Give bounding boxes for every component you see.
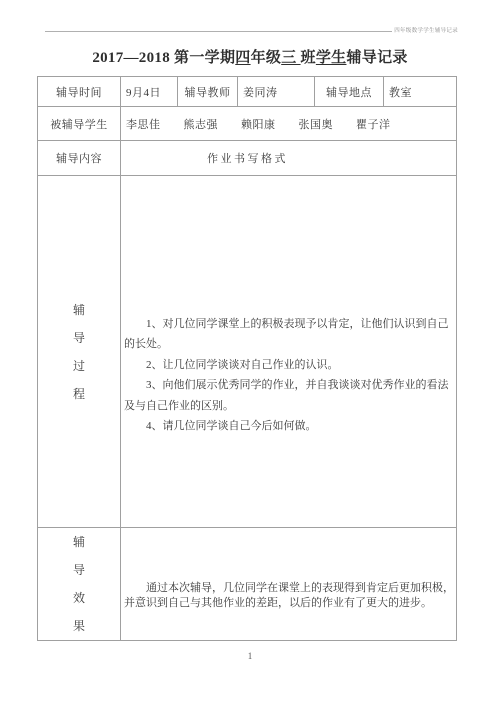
process-step-3: 3、向他们展示优秀同学的作业，并自我谈谈对优秀作业的看法及与自己作业的区别。 (124, 375, 454, 416)
tutoring-content-label: 辅导内容 (38, 141, 121, 176)
page-number: 1 (0, 651, 500, 661)
header-note: 四年级数学学生辅导记录 (392, 26, 458, 34)
header-rule (45, 31, 392, 32)
title-part: 2017—2018 第一学期 (92, 50, 235, 66)
tutoring-process-label: 辅导过程 (72, 296, 86, 408)
tutoring-content-value: 作业书写格式 (121, 141, 457, 176)
tutoring-time-value: 9月4日 (121, 77, 178, 107)
title-part-class-underlined: 三 (281, 50, 300, 66)
page-header: 四年级数学学生辅导记录 (45, 26, 458, 34)
title-part: 年级 (251, 50, 282, 66)
process-step-2: 2、让几位同学谈谈对自己作业的认识。 (124, 355, 454, 376)
table-row-students: 被辅导学生 李思佳 熊志强 赖阳康 张国奥 瞿子洋 (38, 107, 457, 141)
tutoring-location-value: 教室 (384, 77, 457, 107)
tutoring-process-label-cell: 辅导过程 (38, 176, 121, 528)
tutoring-effect-label: 辅导效果 (72, 528, 86, 640)
tutored-students-label: 被辅导学生 (38, 107, 121, 141)
table-row-effect: 辅导效果 通过本次辅导，几位同学在课堂上的表现得到肯定后更加积极，并意识到自己与… (38, 528, 457, 641)
effect-text: 通过本次辅导，几位同学在课堂上的表现得到肯定后更加积极，并意识到自己与其他作业的… (124, 581, 454, 612)
tutoring-effect-content: 通过本次辅导，几位同学在课堂上的表现得到肯定后更加积极，并意识到自己与其他作业的… (121, 528, 457, 641)
tutoring-time-label: 辅导时间 (38, 77, 121, 107)
process-step-1: 1、对几位同学课堂上的积极表现予以肯定，让他们认识到自己的长处。 (124, 314, 454, 355)
tutoring-effect-label-cell: 辅导效果 (38, 528, 121, 641)
title-part: 辅导记录 (346, 50, 407, 66)
title-part: 班 (301, 50, 316, 66)
title-part-students-underlined: 学生 (316, 50, 347, 66)
table-row-time: 辅导时间 9月4日 辅导教师 姜同涛 辅导地点 教室 (38, 77, 457, 107)
tutoring-record-table: 辅导时间 9月4日 辅导教师 姜同涛 辅导地点 教室 被辅导学生 李思佳 熊志强… (37, 76, 457, 641)
tutoring-teacher-label: 辅导教师 (178, 77, 238, 107)
table-row-process: 辅导过程 1、对几位同学课堂上的积极表现予以肯定，让他们认识到自己的长处。 2、… (38, 176, 457, 528)
title-part-grade-underlined: 四 (235, 50, 250, 66)
tutoring-location-label: 辅导地点 (315, 77, 384, 107)
table-row-content: 辅导内容 作业书写格式 (38, 141, 457, 176)
tutoring-teacher-value: 姜同涛 (238, 77, 315, 107)
tutored-students-value: 李思佳 熊志强 赖阳康 张国奥 瞿子洋 (121, 107, 457, 141)
process-step-4: 4、请几位同学谈自己今后如何做。 (124, 416, 454, 437)
tutoring-process-content: 1、对几位同学课堂上的积极表现予以肯定，让他们认识到自己的长处。 2、让几位同学… (121, 176, 457, 528)
page-title: 2017—2018 第一学期四年级三 班学生辅导记录 (0, 46, 500, 67)
